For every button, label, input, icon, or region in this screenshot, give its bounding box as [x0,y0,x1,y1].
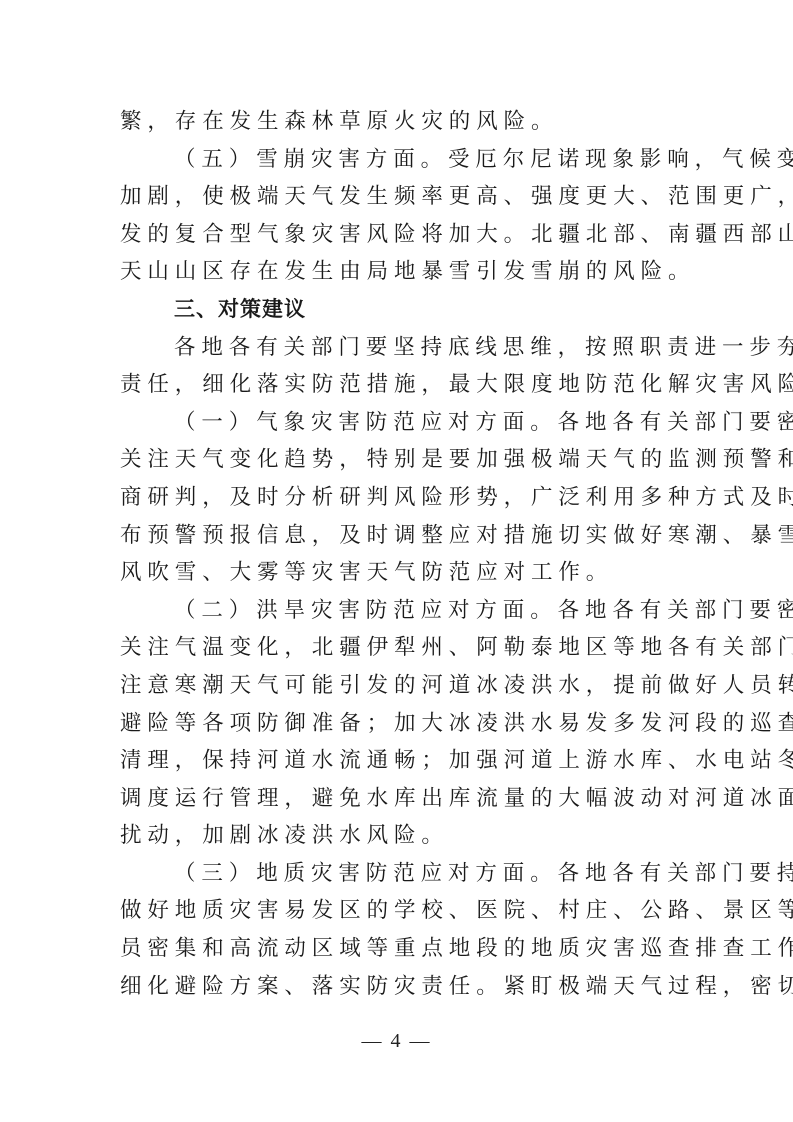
text-line: 员密集和高流动区域等重点地段的地质灾害巡查排查工作， [120,930,674,968]
text-line: 清理，保持河道水流通畅；加强河道上游水库、水电站冬季 [120,742,674,780]
text-line: 细化避险方案、落实防灾责任。紧盯极端天气过程，密切监 [120,968,674,1006]
text-line: 避险等各项防御准备；加大冰凌洪水易发多发河段的巡查和 [120,705,674,743]
text-line: 天山山区存在发生由局地暴雪引发雪崩的风险。 [120,253,674,291]
paragraph-start-avalanche: （五）雪崩灾害方面。受厄尔尼诺现象影响，气候变暖 [120,141,674,179]
paragraph-start-meteorological: （一）气象灾害防范应对方面。各地各有关部门要密切 [120,404,674,442]
text-line: 注意寒潮天气可能引发的河道冰凌洪水，提前做好人员转移 [120,667,674,705]
text-line: 关注气温变化，北疆伊犁州、阿勒泰地区等地各有关部门要 [120,629,674,667]
page-number: — 4 — [0,1030,793,1053]
text-line: 加剧，使极端天气发生频率更高、强度更大、范围更广，引 [120,178,674,216]
text-line: 扰动，加剧冰凌洪水风险。 [120,817,674,855]
paragraph-start-geological: （三）地质灾害防范应对方面。各地各有关部门要持续 [120,855,674,893]
paragraph-start-flood-drought: （二）洪旱灾害防范应对方面。各地各有关部门要密切 [120,592,674,630]
section-heading-countermeasures: 三、对策建议 [120,291,674,329]
document-body: 繁，存在发生森林草原火灾的风险。 （五）雪崩灾害方面。受厄尔尼诺现象影响，气候变… [120,103,674,1005]
text-line: 发的复合型气象灾害风险将加大。北疆北部、南疆西部山区、 [120,216,674,254]
text-line: 关注天气变化趋势，特别是要加强极端天气的监测预警和会 [120,441,674,479]
text-line: 繁，存在发生森林草原火灾的风险。 [120,103,674,141]
text-line: 布预警预报信息，及时调整应对措施切实做好寒潮、暴雪、 [120,517,674,555]
paragraph-start-intro: 各地各有关部门要坚持底线思维，按照职责进一步夯实 [120,329,674,367]
text-line: 商研判，及时分析研判风险形势，广泛利用多种方式及时发 [120,479,674,517]
text-line: 风吹雪、大雾等灾害天气防范应对工作。 [120,554,674,592]
text-line: 做好地质灾害易发区的学校、医院、村庄、公路、景区等人 [120,892,674,930]
text-line: 调度运行管理，避免水库出库流量的大幅波动对河道冰面的 [120,780,674,818]
text-line: 责任，细化落实防范措施，最大限度地防范化解灾害风险。 [120,366,674,404]
